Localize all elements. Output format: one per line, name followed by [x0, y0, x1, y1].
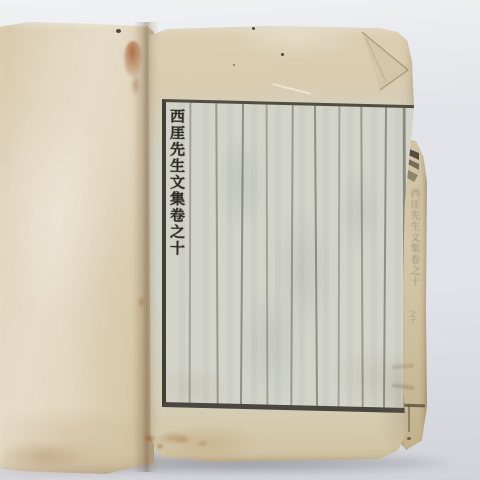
column-rule-line [314, 106, 318, 406]
rust-stain [124, 41, 142, 77]
paper-showthrough-mottle [166, 102, 414, 408]
column-rule-line [240, 104, 244, 404]
photo-of-open-antique-book: 西厓先生文集卷之十 之十 西厓先生文集卷之十 [0, 0, 480, 480]
column-rule-line [383, 107, 387, 407]
dog-ear-fold-crease [352, 22, 424, 96]
fore-edge-crease-streaks [392, 330, 414, 440]
foxing-spots [140, 428, 218, 454]
column-rule-line [215, 103, 218, 403]
rust-stain-small [131, 74, 140, 96]
column-rule-line [290, 105, 293, 405]
printed-border-frame: 西厓先生文集卷之十 [162, 99, 414, 413]
column-rule-line [338, 106, 341, 406]
ink-speck [407, 437, 411, 440]
column-rule-line [266, 105, 269, 405]
ink-speck [116, 29, 121, 33]
ink-speck [252, 27, 255, 30]
volume-title-vertical-text: 西厓先生文集卷之十 [167, 108, 186, 276]
left-page-bottom-stain [0, 438, 140, 476]
ruled-column-lines [166, 102, 414, 108]
ink-speck [281, 53, 284, 56]
rust-stain-tiny [138, 296, 145, 308]
column-rule-line [189, 103, 192, 403]
column-rule-line [360, 107, 363, 407]
ink-speck [233, 64, 235, 66]
